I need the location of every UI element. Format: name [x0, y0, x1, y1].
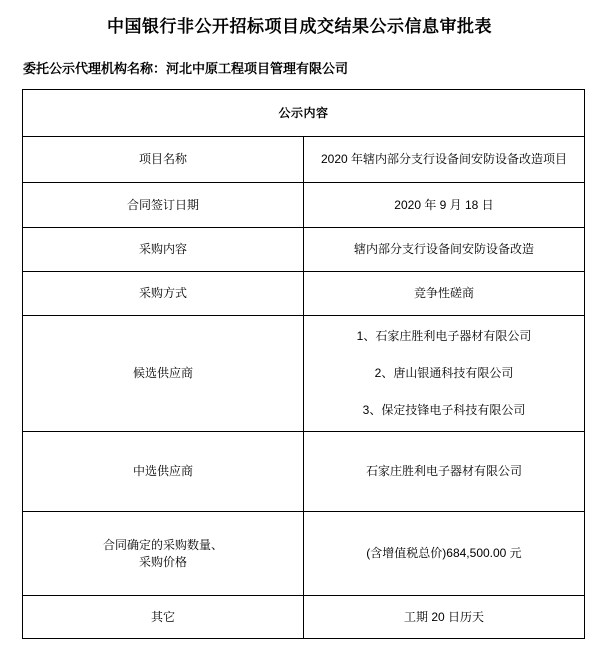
agency-name: 河北中原工程项目管理有限公司: [166, 61, 348, 76]
row-label: 中选供应商: [23, 432, 304, 512]
table-row-project-name: 项目名称 2020 年辖内部分支行设备间安防设备改造项目: [23, 137, 585, 183]
table-row-contract-quantity-price: 合同确定的采购数量、 采购价格 (含增值税总价)684,500.00 元: [23, 512, 585, 596]
candidate-supplier-1: 1、石家庄胜利电子器材有限公司: [308, 318, 580, 355]
table-header: 公示内容: [23, 90, 585, 137]
table-row-contract-date: 合同签订日期 2020 年 9 月 18 日: [23, 183, 585, 228]
row-label: 合同签订日期: [23, 183, 304, 228]
table-row-procurement-method: 采购方式 竞争性磋商: [23, 272, 585, 316]
table-row-candidate-suppliers: 候选供应商 1、石家庄胜利电子器材有限公司 2、唐山银通科技有限公司 3、保定技…: [23, 316, 585, 432]
row-label: 项目名称: [23, 137, 304, 183]
table-row-procurement-content: 采购内容 辖内部分支行设备间安防设备改造: [23, 228, 585, 272]
row-value: 竞争性磋商: [304, 272, 585, 316]
page-title: 中国银行非公开招标项目成交结果公示信息审批表: [0, 12, 599, 37]
row-label: 合同确定的采购数量、 采购价格: [23, 512, 304, 596]
candidate-supplier-3: 3、保定技锋电子科技有限公司: [308, 392, 580, 429]
row-value: 工期 20 日历天: [304, 596, 585, 639]
agency-line: 委托公示代理机构名称：河北中原工程项目管理有限公司: [23, 58, 348, 77]
row-value: (含增值税总价)684,500.00 元: [304, 512, 585, 596]
row-value: 2020 年辖内部分支行设备间安防设备改造项目: [304, 137, 585, 183]
row-label: 采购方式: [23, 272, 304, 316]
row-value: 辖内部分支行设备间安防设备改造: [304, 228, 585, 272]
document-page: 中国银行非公开招标项目成交结果公示信息审批表 委托公示代理机构名称：河北中原工程…: [0, 0, 599, 655]
row-value: 石家庄胜利电子器材有限公司: [304, 432, 585, 512]
agency-label: 委托公示代理机构名称：: [23, 61, 166, 76]
row-value: 1、石家庄胜利电子器材有限公司 2、唐山银通科技有限公司 3、保定技锋电子科技有…: [304, 316, 585, 432]
row-label: 候选供应商: [23, 316, 304, 432]
candidate-supplier-2: 2、唐山银通科技有限公司: [308, 355, 580, 392]
announcement-table: 公示内容 项目名称 2020 年辖内部分支行设备间安防设备改造项目 合同签订日期…: [22, 89, 585, 639]
row-label: 其它: [23, 596, 304, 639]
row-label: 采购内容: [23, 228, 304, 272]
table-row-other: 其它 工期 20 日历天: [23, 596, 585, 639]
table-row-selected-supplier: 中选供应商 石家庄胜利电子器材有限公司: [23, 432, 585, 512]
table-header-row: 公示内容: [23, 90, 585, 137]
row-value: 2020 年 9 月 18 日: [304, 183, 585, 228]
